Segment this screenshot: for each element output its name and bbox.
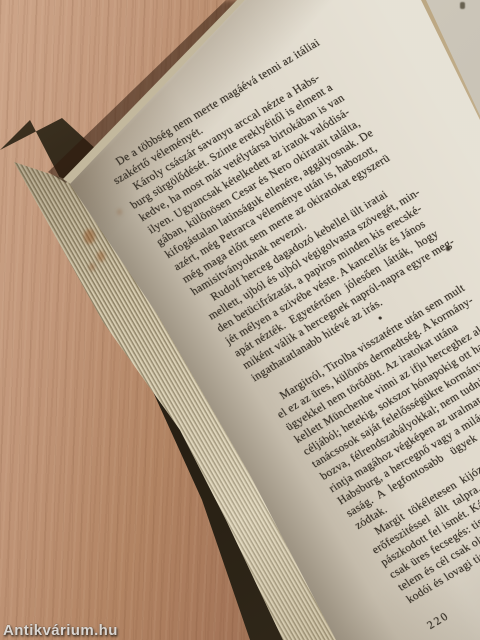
foxing-stain bbox=[97, 251, 105, 262]
foxing-stain bbox=[117, 209, 122, 215]
foxing-stain bbox=[89, 263, 95, 271]
foxing-stain bbox=[84, 229, 95, 244]
watermark-text: Antikvárium.hu bbox=[3, 622, 118, 639]
book-photo-scene: De a többség nem merte magáévá tenni az … bbox=[0, 0, 480, 640]
